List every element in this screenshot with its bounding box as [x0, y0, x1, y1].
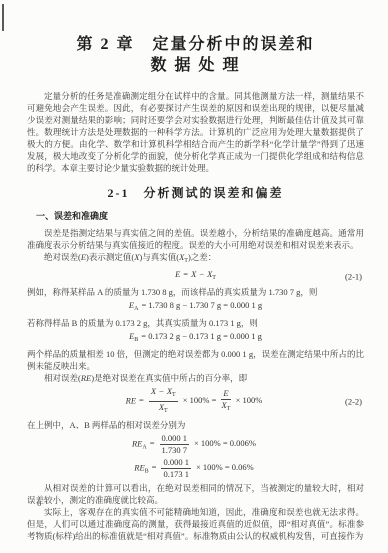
equation-number: (2-1) — [345, 270, 362, 283]
scan-artifact — [2, 4, 4, 31]
fraction: 0.000 11.730 7 — [160, 434, 190, 455]
chapter-title-line1: 第 2 章 定量分析中的误差和 — [76, 36, 314, 53]
operator: = — [183, 269, 188, 279]
variable: RE — [81, 373, 91, 383]
relative-example-paragraph: 在上例中，A、B 两样品的相对误差分别为 — [27, 419, 364, 431]
variable-subscript: B — [145, 468, 149, 474]
variable: X — [191, 269, 196, 279]
intro-paragraph: 定量分析的任务是准确测定组分在试样中的含量。同其他测量方法一样，测量结果不可避免… — [27, 90, 364, 174]
variable-subscript: T — [172, 392, 176, 398]
section-title: 2-1 分析测试的误差和偏差 — [27, 184, 364, 201]
operator: = — [150, 438, 155, 448]
text-fragment: )表示测定值( — [86, 252, 134, 262]
fraction: EXT — [221, 389, 230, 414]
fraction-numerator: X−XT — [149, 387, 178, 402]
operator: = — [139, 395, 144, 405]
fraction-denominator: 0.173 1 — [161, 469, 191, 479]
chapter-title: 第 2 章 定量分析中的误差和数 据 处 理 — [27, 34, 364, 76]
fraction-denominator: 1.730 7 — [160, 445, 190, 455]
fraction-denominator: XT — [149, 402, 178, 416]
operator: − — [199, 269, 204, 279]
equation-2-2: RE=X−XTXT× 100% =EXT× 100% (2-2) — [27, 387, 364, 416]
operator: × 100% = — [183, 395, 217, 405]
text-fragment: 绝对误差( — [44, 252, 81, 262]
equation-rea: REA=0.000 11.730 7× 100% = 0.006% — [27, 434, 364, 455]
variable: X — [151, 386, 156, 396]
variable-subscript: A — [134, 306, 138, 312]
absolute-error-intro: 绝对误差(E)表示测定值(X)与真实值(XT)之差： — [27, 251, 364, 267]
fraction: X−XTXT — [149, 387, 178, 416]
operator: × 100% = 0.006% — [194, 438, 256, 448]
variable: RE — [132, 438, 142, 448]
accuracy-paragraph: 误差是指测定结果与真实值之间的差值。误差越小，分析结果的准确度越高。通常用准确度… — [27, 227, 364, 251]
equation-ea: EA= 1.730 8 g − 1.730 7 g = 0.000 1 g — [27, 299, 364, 316]
equation-number: (2-2) — [345, 395, 362, 408]
compare-paragraph: 两个样品的质量相差 10 倍，但测定的绝对误差都为 0.000 1 g，误差在测… — [27, 348, 364, 372]
operator: × 100% = 0.06% — [196, 462, 254, 472]
fraction: 0.000 10.173 1 — [161, 458, 191, 479]
text-fragment: )之差： — [188, 252, 216, 262]
relative-error-intro: 相对误差(RE)是绝对误差在真实值中所占的百分率，即 — [27, 372, 364, 384]
equation-2-1: E=X−XT (2-1) — [27, 268, 364, 285]
variable-subscript: T — [164, 408, 168, 414]
example-b-paragraph: 若称得样品 B 的质量为 0.173 2 g，其真实质量为 0.173 1 g，… — [27, 317, 364, 329]
conclusion-paragraph: 从相对误差的计算可以看出，在绝对误差相同的情况下，当被测定的量较大时，相对误差较… — [27, 482, 364, 506]
operator: = — [152, 462, 157, 472]
equation-eb: EB= 0.173 2 g − 0.173 1 g = 0.000 1 g — [27, 330, 364, 347]
true-value-paragraph: 实际上，客观存在的真实值不可能精确地知道，因此，准确度和误差也就无法求得。但是，… — [27, 506, 364, 542]
subsection-title: 一、误差和准确度 — [27, 209, 364, 222]
text-fragment: 相对误差( — [44, 373, 81, 383]
operator: − — [159, 386, 164, 396]
equation-body: = 0.173 2 g − 0.173 1 g = 0.000 1 g — [141, 331, 262, 341]
chapter-title-line2: 数 据 处 理 — [150, 57, 240, 74]
fraction-denominator: XT — [221, 400, 230, 414]
variable: RE — [126, 395, 136, 405]
variable-subscript: T — [212, 275, 216, 281]
fraction-numerator: 0.000 1 — [161, 458, 191, 469]
variable: E — [175, 269, 180, 279]
operator: × 100% — [236, 395, 263, 405]
equation-reb: REB=0.000 10.173 1× 100% = 0.06% — [27, 458, 364, 479]
variable-subscript: A — [142, 444, 146, 450]
variable-subscript: B — [134, 337, 138, 343]
variable: E — [223, 388, 228, 398]
text-fragment: )与真实值( — [139, 252, 179, 262]
page-number: · 6 · — [30, 498, 49, 508]
fraction-numerator: E — [221, 389, 230, 400]
variable: RE — [134, 462, 144, 472]
text-fragment: )是绝对误差在真实值中所占的百分率，即 — [91, 373, 247, 383]
book-page: 第 2 章 定量分析中的误差和数 据 处 理 定量分析的任务是准确测定组分在试样… — [0, 0, 388, 553]
equation-body: = 1.730 8 g − 1.730 7 g = 0.000 1 g — [141, 300, 262, 310]
example-a-paragraph: 例如，称得某样品 A 的质量为 1.730 8 g，而该样品的真实质量为 1.7… — [27, 286, 364, 298]
fraction-numerator: 0.000 1 — [160, 434, 190, 445]
variable-subscript: T — [227, 406, 231, 412]
